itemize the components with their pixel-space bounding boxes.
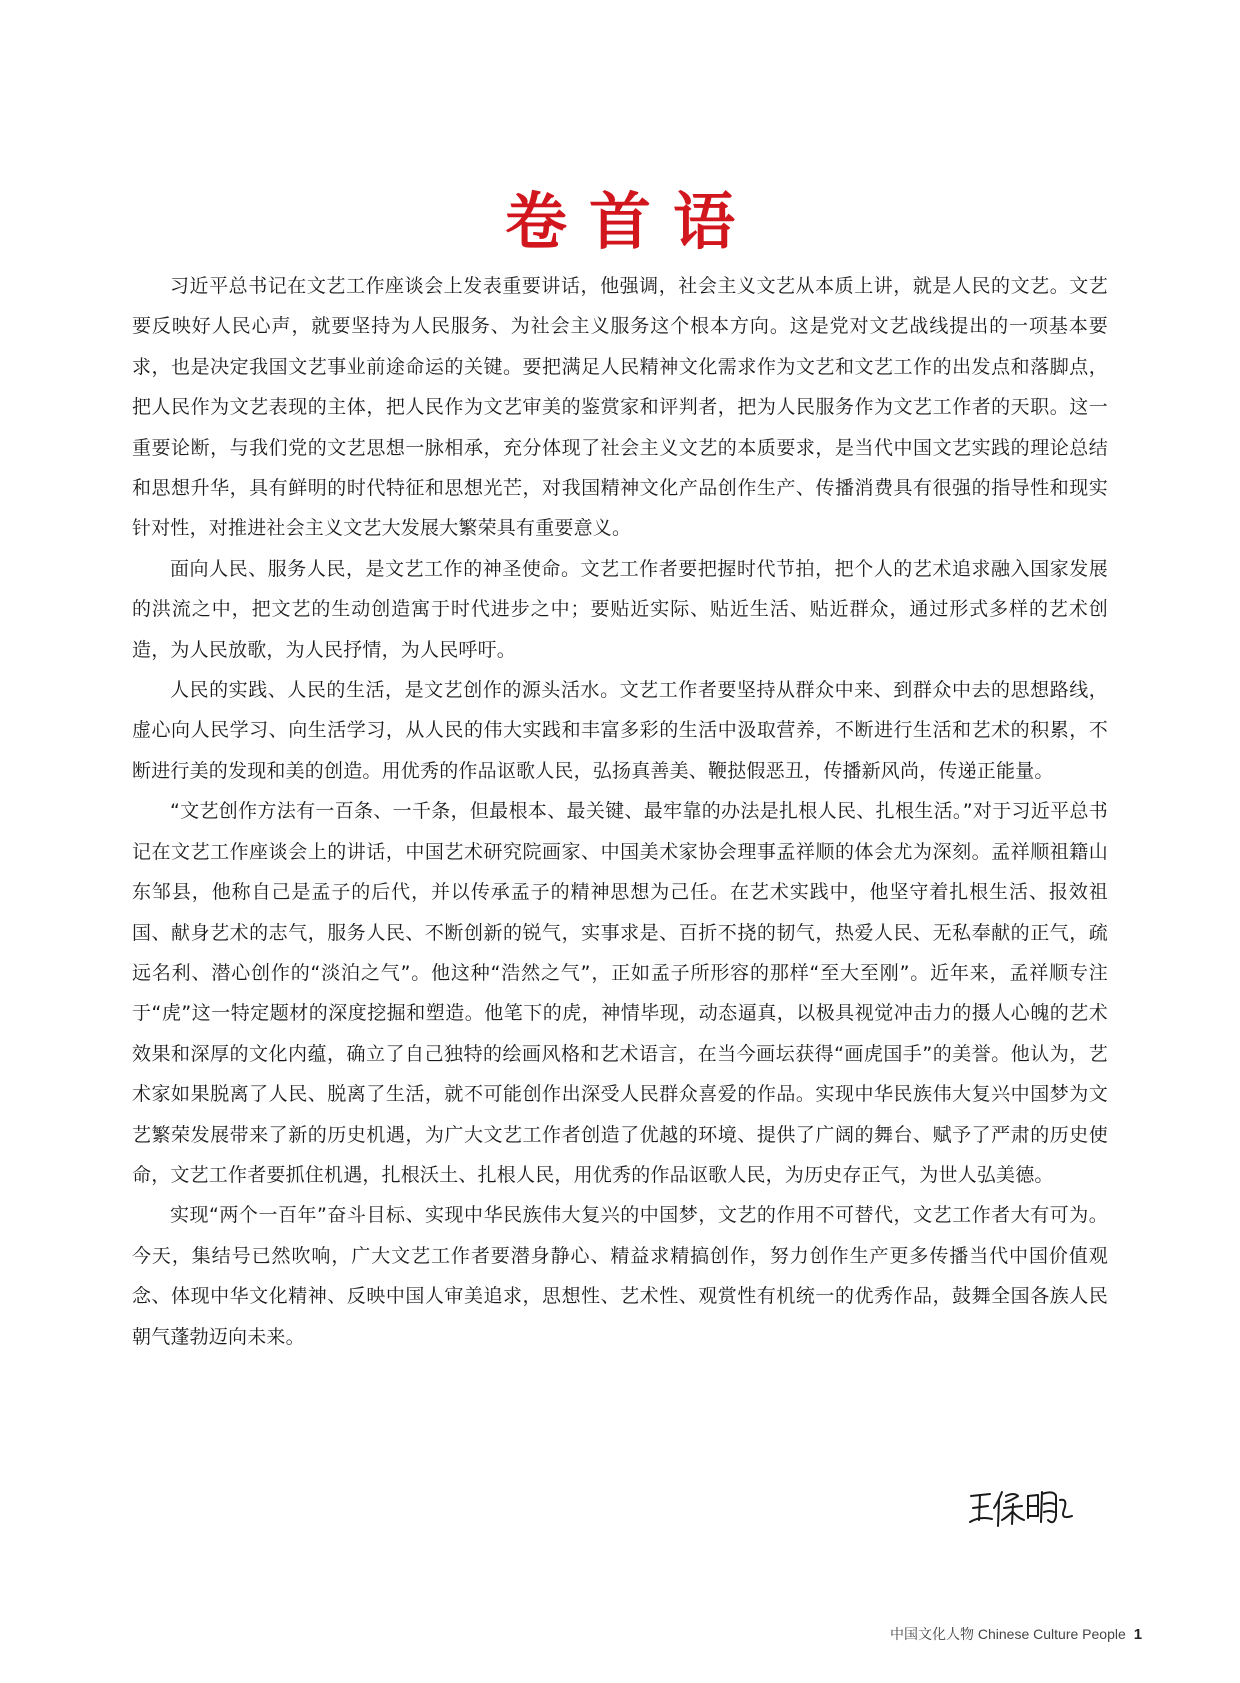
paragraph-3: 人民的实践、人民的生活，是文艺创作的源头活水。文艺工作者要坚持从群众中来、到群众… — [132, 670, 1108, 791]
article-body: 习近平总书记在文艺工作座谈会上发表重要讲话，他强调，社会主义文艺从本质上讲，就是… — [132, 266, 1108, 1357]
paragraph-2: 面向人民、服务人民，是文艺工作的神圣使命。文艺工作者要把握时代节拍，把个人的艺术… — [132, 549, 1108, 670]
paragraph-5: 实现“两个一百年”奋斗目标、实现中华民族伟大复兴的中国梦，文艺的作用不可替代，文… — [132, 1195, 1108, 1357]
page-number: 1 — [1134, 1626, 1142, 1643]
handwritten-signature-icon — [968, 1486, 1078, 1536]
publication-name: 中国文化人物 Chinese Culture People — [890, 1626, 1126, 1642]
signature-image — [968, 1486, 1078, 1536]
paragraph-4: “文艺创作方法有一百条、一千条，但最根本、最关键、最牢靠的办法是扎根人民、扎根生… — [132, 791, 1108, 1195]
page-title: 卷首语 — [0, 182, 1240, 262]
paragraph-1: 习近平总书记在文艺工作座谈会上发表重要讲话，他强调，社会主义文艺从本质上讲，就是… — [132, 266, 1108, 549]
page-footer: 中国文化人物 Chinese Culture People1 — [890, 1624, 1142, 1644]
